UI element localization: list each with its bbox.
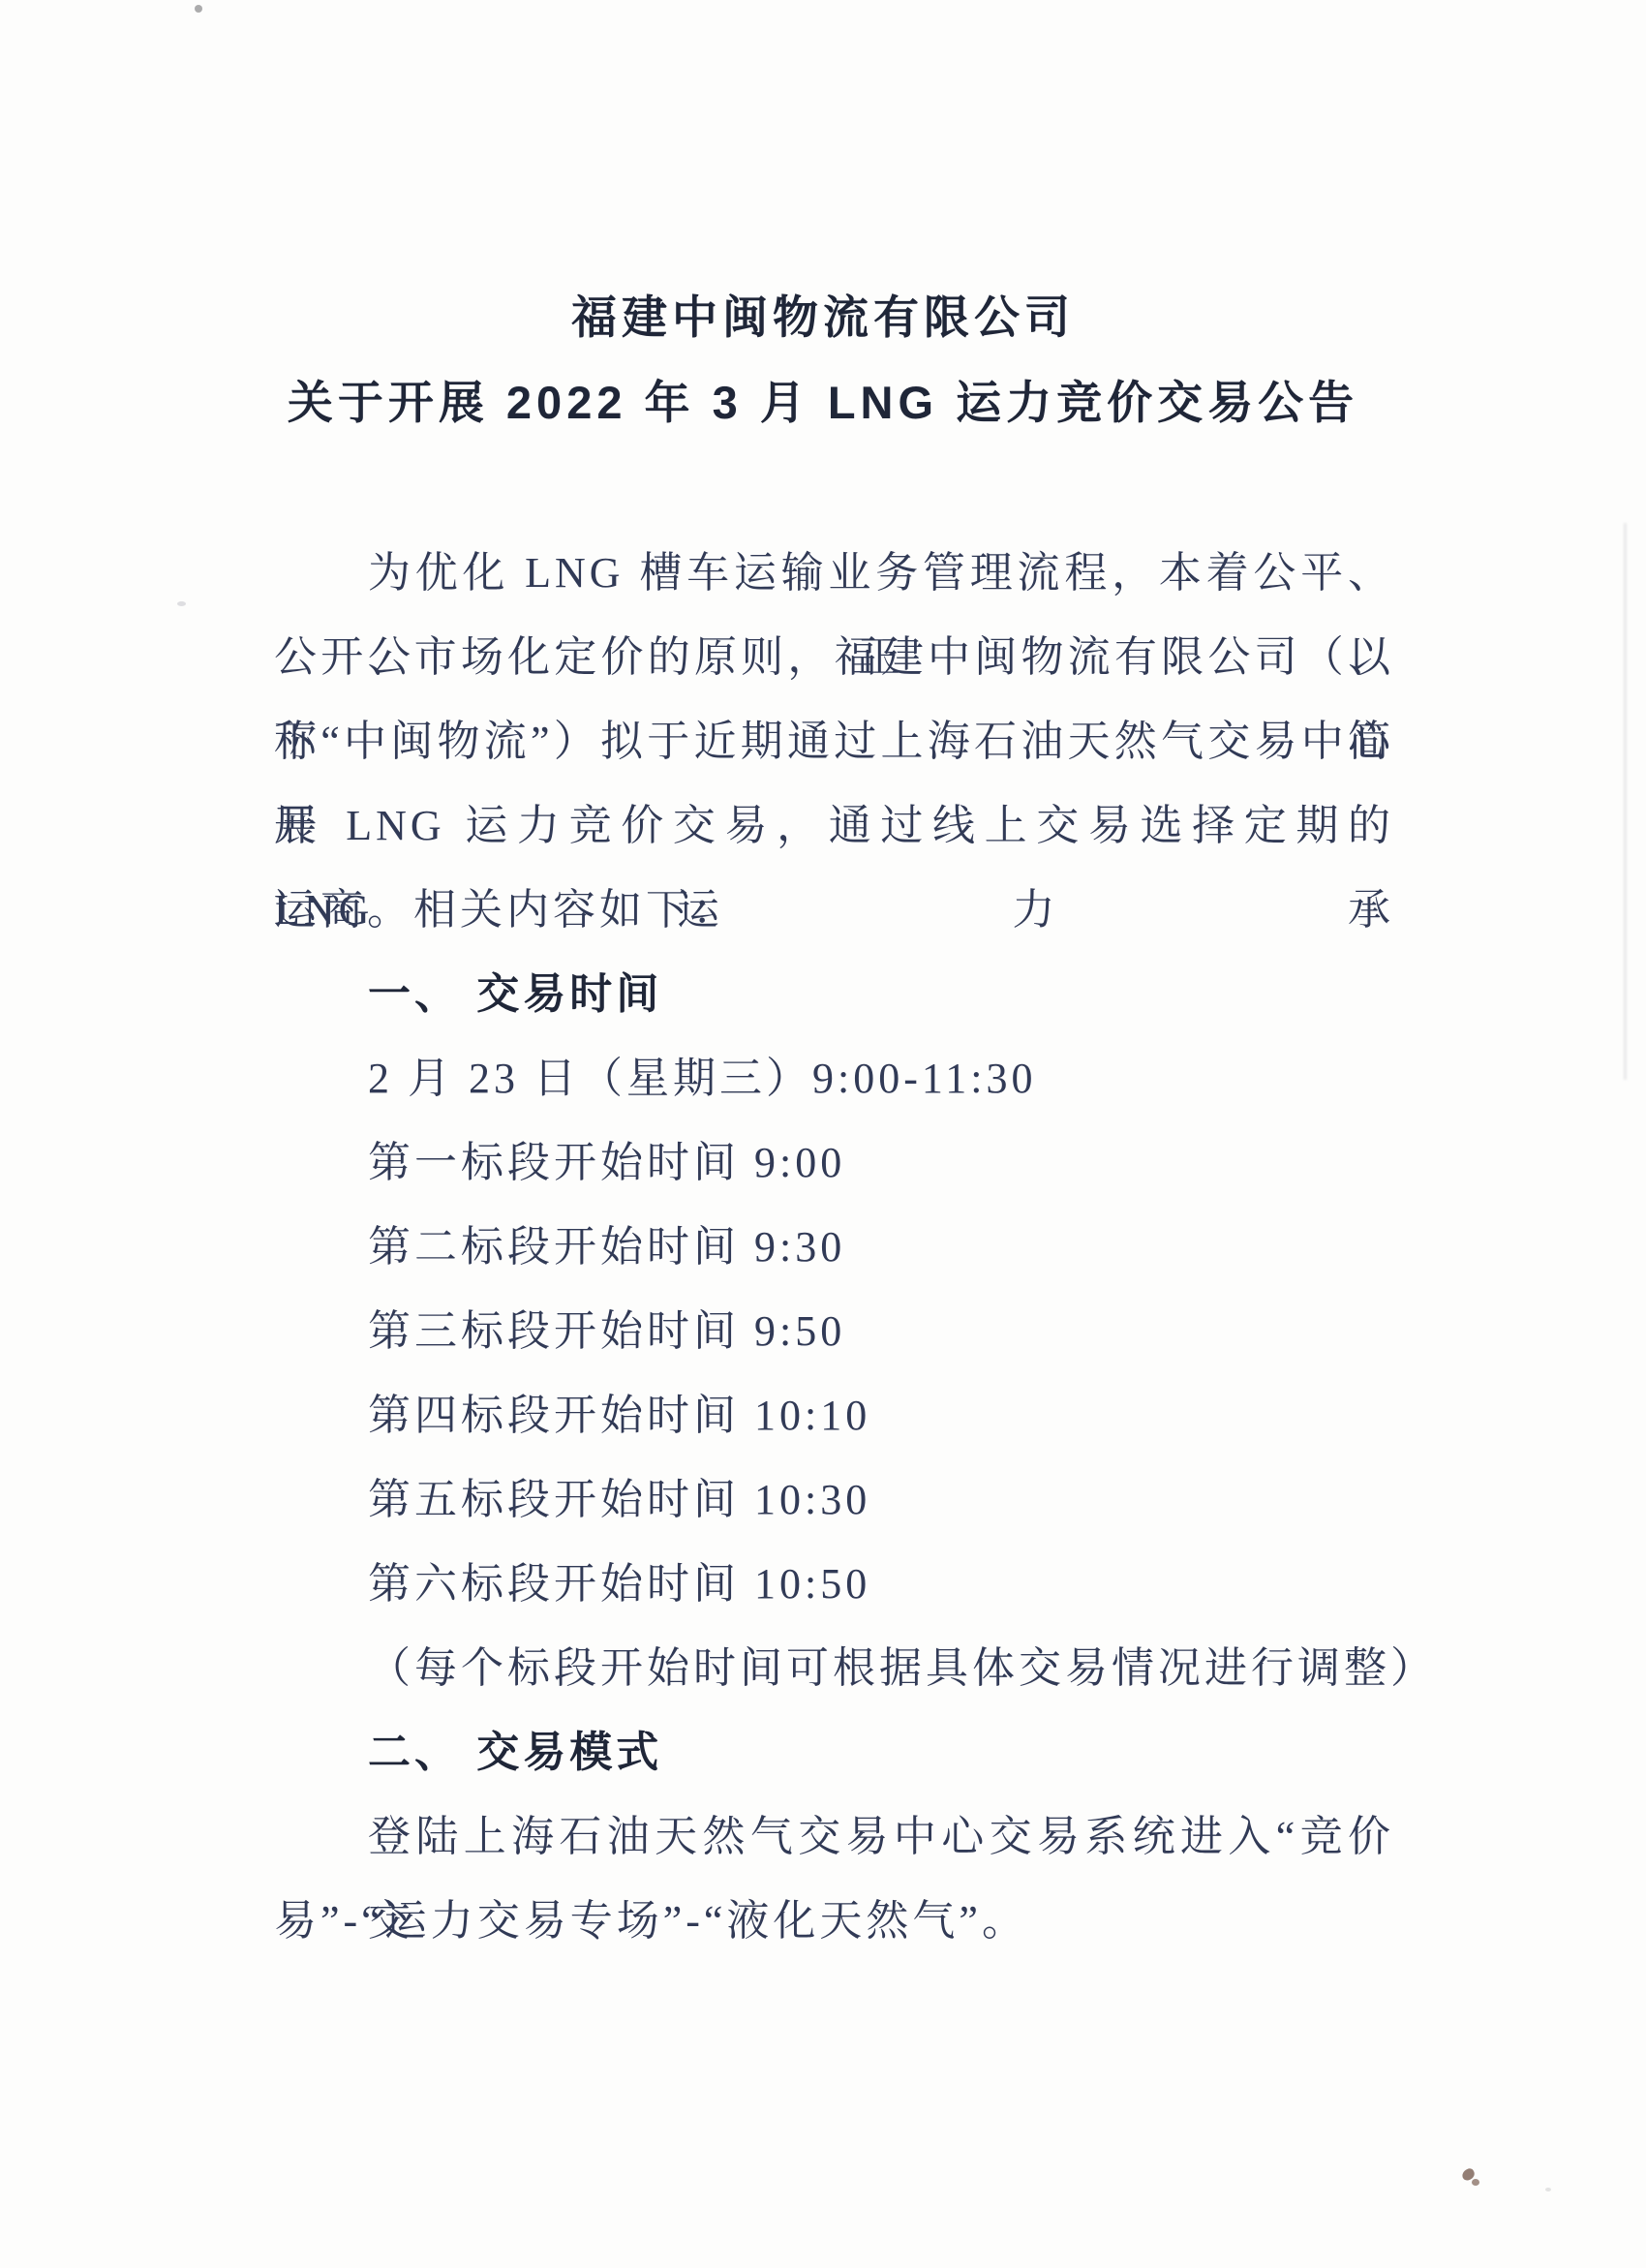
scan-speck <box>195 5 202 13</box>
adjustment-note-line: （每个标段开始时间可根据具体交易情况进行调整） <box>274 1626 1394 1710</box>
bid-segment-line: 第二标段开始时间 9:30 <box>274 1205 1394 1289</box>
document-body: 为优化 LNG 槽车运输业务管理流程，本着公平、公正、 公开、市场化定价的原则，… <box>274 531 1394 1963</box>
trade-date-line: 2 月 23 日（星期三）9:00-11:30 <box>274 1036 1394 1120</box>
scan-speck <box>1545 2188 1551 2191</box>
scan-speck <box>1472 2179 1479 2186</box>
paragraph1-line: 公开、市场化定价的原则，福建中闽物流有限公司（以下简 <box>274 615 1394 699</box>
bid-segment-line: 第三标段开始时间 9:50 <box>274 1289 1394 1373</box>
scan-edge-shadow <box>1624 523 1627 1080</box>
scan-speck <box>177 601 186 606</box>
announcement-title: 关于开展 2022 年 3 月 LNG 运力竞价交易公告 <box>0 359 1646 446</box>
bid-segment-line: 第六标段开始时间 10:50 <box>274 1542 1394 1626</box>
paragraph1-line: 为优化 LNG 槽车运输业务管理流程，本着公平、公正、 <box>274 531 1394 615</box>
bid-segment-line: 第四标段开始时间 10:10 <box>274 1373 1394 1457</box>
company-title: 福建中闽物流有限公司 <box>0 274 1646 361</box>
section1-heading: 一、 交易时间 <box>274 952 1394 1036</box>
scanned-announcement-page: 福建中闽物流有限公司 关于开展 2022 年 3 月 LNG 运力竞价交易公告 … <box>0 0 1646 2268</box>
bid-segment-line: 第一标段开始时间 9:00 <box>274 1120 1394 1205</box>
paragraph1-line: 称“中闽物流”）拟于近期通过上海石油天然气交易中心开 <box>274 699 1394 783</box>
section2-heading: 二、 交易模式 <box>274 1710 1394 1794</box>
bid-segment-line: 第五标段开始时间 10:30 <box>274 1457 1394 1542</box>
paragraph1-line: 展 LNG 运力竞价交易，通过线上交易选择定期的 LNG 运力承 <box>274 783 1394 868</box>
section2-line: 易”-“运力交易专场”-“液化天然气”。 <box>274 1879 1394 1963</box>
section2-line: 登陆上海石油天然气交易中心交易系统进入“竞价交 <box>274 1794 1394 1879</box>
